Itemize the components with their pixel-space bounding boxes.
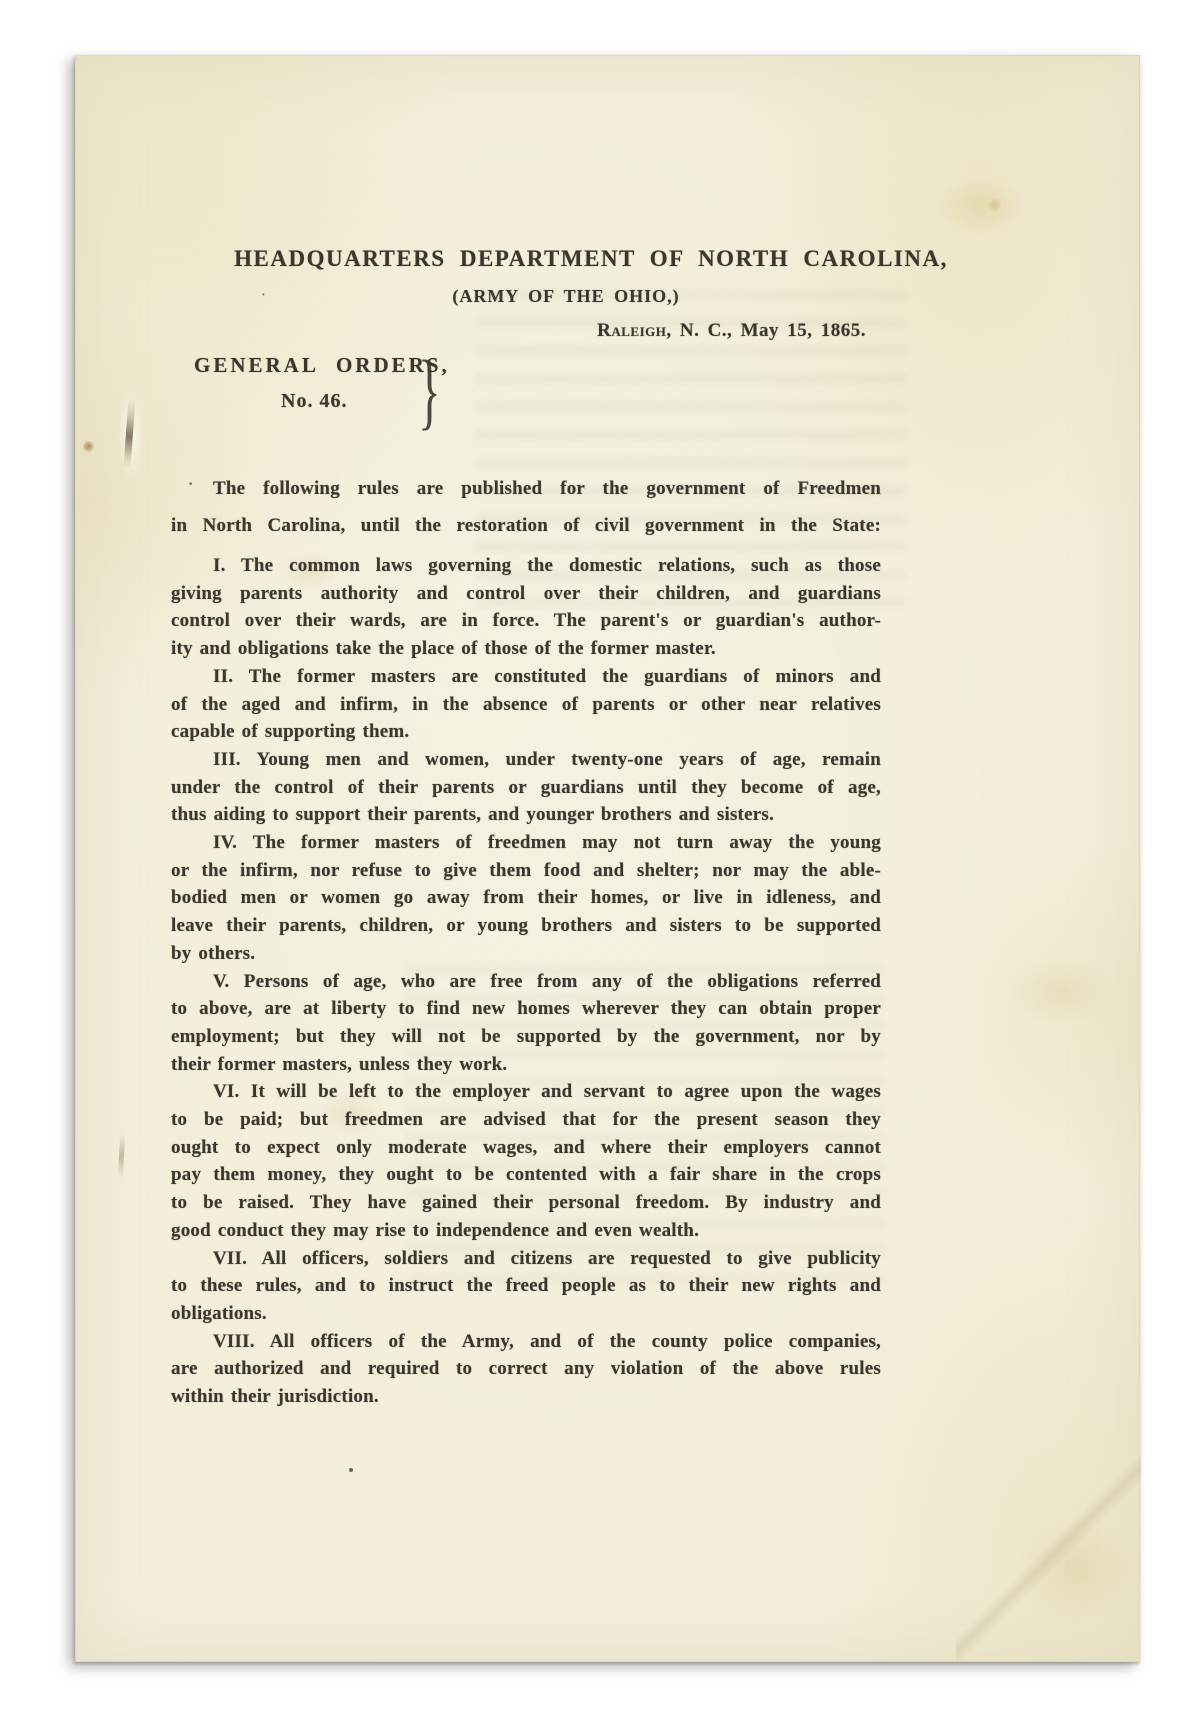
- text-line: II. The former masters are constituted t…: [171, 663, 881, 691]
- paper-stain: [1016, 1516, 1136, 1626]
- text-line: ought to expect only moderate wages, and…: [171, 1134, 881, 1162]
- text-line: employment; but they will not be support…: [171, 1023, 881, 1051]
- paragraph-rule-8: VIII. All officers of the Army, and of t…: [171, 1328, 881, 1411]
- paragraph-rule-2: II. The former masters are constituted t…: [171, 663, 881, 746]
- text-line: are authorized and required to correct a…: [171, 1355, 881, 1383]
- text-line: VI. It will be left to the employer and …: [171, 1078, 881, 1106]
- text-line: under the control of their parents or gu…: [171, 774, 881, 802]
- text-line: their former masters, unless they work.: [171, 1051, 881, 1079]
- paper-tear-halo: [118, 386, 144, 482]
- order-label: GENERAL ORDERS,: [194, 353, 450, 378]
- text-line: I. The common laws governing the domesti…: [171, 552, 881, 580]
- text-line: to these rules, and to instruct the free…: [171, 1272, 881, 1300]
- text-line: obligations.: [171, 1300, 881, 1328]
- paper-stain: [1006, 956, 1116, 1026]
- order-number: No. 46.: [281, 390, 347, 413]
- text-line: in North Carolina, until the restoration…: [171, 507, 881, 544]
- text-line: to above, are at liberty to find new hom…: [171, 995, 881, 1023]
- text-line: VII. All officers, soldiers and citizens…: [171, 1245, 881, 1273]
- paper-tear: [118, 1134, 125, 1178]
- paragraph-rule-5: V. Persons of age, who are free from any…: [171, 968, 881, 1079]
- dateline-date: May 15, 1865.: [741, 320, 866, 341]
- text-line: VIII. All officers of the Army, and of t…: [171, 1328, 881, 1356]
- foxing-spot: [83, 441, 94, 452]
- photo-backdrop: · · HEADQUARTERS DEPARTMENT OF NORTH CAR…: [0, 0, 1200, 1735]
- paragraph-rule-4: IV. The former masters of freedmen may n…: [171, 829, 881, 968]
- dateline-place: Raleigh, N. C.,: [597, 320, 732, 341]
- text-line: to be paid; but freedmen are advised tha…: [171, 1106, 881, 1134]
- header-line-1: HEADQUARTERS DEPARTMENT OF NORTH CAROLIN…: [176, 246, 1006, 272]
- paragraph-rule-7: VII. All officers, soldiers and citizens…: [171, 1245, 881, 1328]
- document-body: The following rules are published for th…: [171, 470, 881, 1411]
- paper-stain: [936, 176, 1026, 236]
- text-line: leave their parents, children, or young …: [171, 912, 881, 940]
- paragraph-rule-6: VI. It will be left to the employer and …: [171, 1078, 881, 1244]
- text-line: within their jurisdiction.: [171, 1383, 881, 1411]
- paper-stain: [988, 198, 1002, 212]
- text-line: good conduct they may rise to independen…: [171, 1217, 881, 1245]
- text-line: control over their wards, are in force. …: [171, 607, 881, 635]
- brace-glyph: }: [418, 344, 441, 436]
- paragraph-rule-1: I. The common laws governing the domesti…: [171, 552, 881, 663]
- text-line: pay them money, they ought to be content…: [171, 1161, 881, 1189]
- paragraph-rule-3: III. Young men and women, under twenty-o…: [171, 746, 881, 829]
- dateline: Raleigh, N. C., May 15, 1865.: [176, 320, 866, 342]
- document-page: · · HEADQUARTERS DEPARTMENT OF NORTH CAR…: [75, 55, 1140, 1662]
- text-line: capable of supporting them.: [171, 718, 881, 746]
- paragraph-intro: The following rules are published for th…: [171, 470, 881, 544]
- header-line-2: (ARMY OF THE OHIO,): [176, 286, 956, 307]
- paper-tear: [124, 398, 136, 468]
- text-line: to be raised. They have gained their per…: [171, 1189, 881, 1217]
- text-line: thus aiding to support their parents, an…: [171, 801, 881, 829]
- paper-crease: [956, 1456, 1141, 1663]
- text-line: V. Persons of age, who are free from any…: [171, 968, 881, 996]
- ink-speck: [349, 1468, 353, 1472]
- text-line: The following rules are published for th…: [171, 470, 881, 507]
- text-line: III. Young men and women, under twenty-o…: [171, 746, 881, 774]
- text-line: ity and obligations take the place of th…: [171, 635, 881, 663]
- text-line: or the infirm, nor refuse to give them f…: [171, 857, 881, 885]
- text-line: bodied men or women go away from their h…: [171, 884, 881, 912]
- text-line: giving parents authority and control ove…: [171, 580, 881, 608]
- text-line: of the aged and infirm, in the absence o…: [171, 691, 881, 719]
- text-line: IV. The former masters of freedmen may n…: [171, 829, 881, 857]
- text-line: by others.: [171, 940, 881, 968]
